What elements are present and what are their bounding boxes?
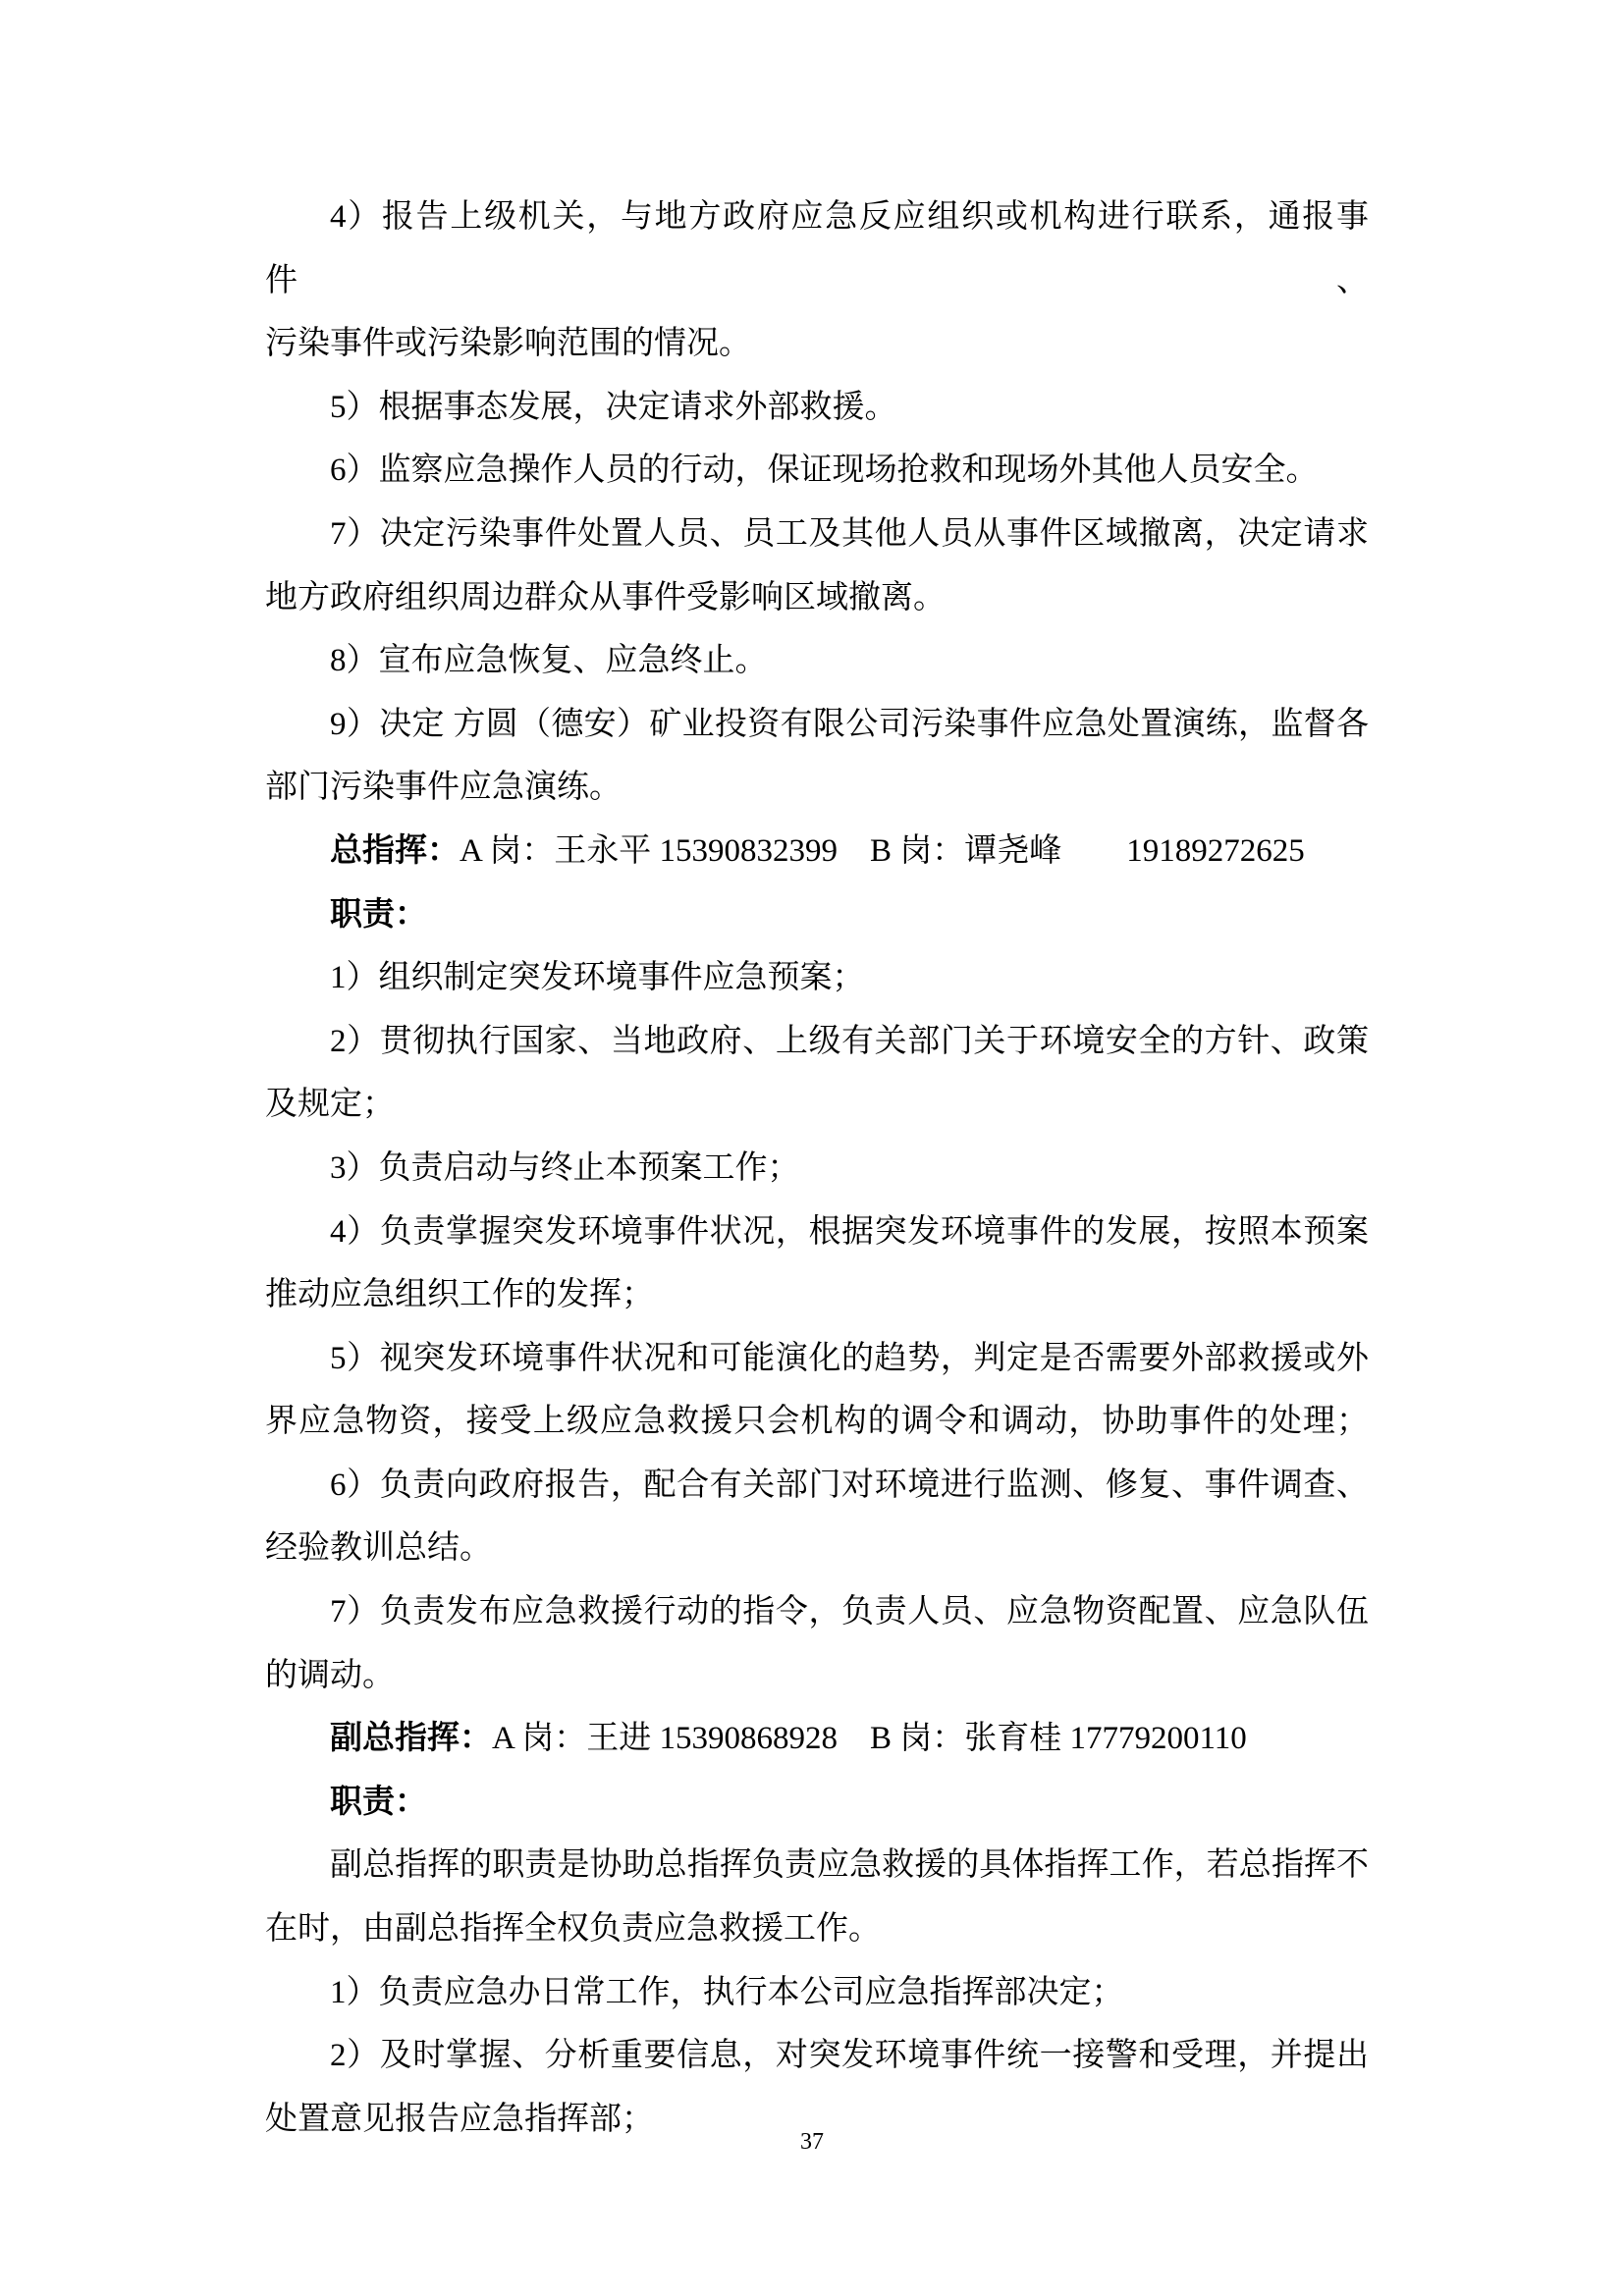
text-run: 界应急物资，接受上级应急救援只会机构的调令和调动，协助事件的处理；: [265, 1404, 1369, 1439]
text-run: 9）决定 方圆（德安）矿业投资有限公司污染事件应急处置演练，监督各: [330, 707, 1369, 742]
text-line: 7）决定污染事件处置人员、员工及其他人员从事件区域撤离，决定请求: [265, 503, 1369, 566]
text-run: 在时，由副总指挥全权负责应急救援工作。: [265, 1911, 881, 1947]
text-line: 推动应急组织工作的发挥；: [265, 1263, 1369, 1327]
document-page: 4）报告上级机关，与地方政府应急反应组织或机构进行联系，通报事件、污染事件或污染…: [0, 0, 1624, 2296]
text-line: 6）负责向政府报告，配合有关部门对环境进行监测、修复、事件调查、: [265, 1454, 1369, 1518]
text-line: 副总指挥：A 岗：王进 15390868928 B 岗：张育桂 17779200…: [265, 1707, 1369, 1771]
text-line: 4）报告上级机关，与地方政府应急反应组织或机构进行联系，通报事件、: [265, 186, 1369, 312]
text-line: 2）贯彻执行国家、当地政府、上级有关部门关于环境安全的方针、政策: [265, 1010, 1369, 1074]
bold-label: 副总指挥：: [330, 1721, 492, 1756]
text-line: 6）监察应急操作人员的行动，保证现场抢救和现场外其他人员安全。: [265, 439, 1369, 503]
text-line: 8）宣布应急恢复、应急终止。: [265, 629, 1369, 693]
bold-label: 职责：: [330, 1785, 427, 1820]
text-run: 4）负责掌握突发环境事件状况，根据突发环境事件的发展，按照本预案: [330, 1214, 1369, 1250]
text-line: 污染事件或污染影响范围的情况。: [265, 312, 1369, 376]
text-run: 7）决定污染事件处置人员、员工及其他人员从事件区域撤离，决定请求: [330, 516, 1369, 552]
text-line: 5）视突发环境事件状况和可能演化的趋势，判定是否需要外部救援或外: [265, 1327, 1369, 1391]
text-line: 的调动。: [265, 1644, 1369, 1708]
text-run: 6）负责向政府报告，配合有关部门对环境进行监测、修复、事件调查、: [330, 1468, 1369, 1503]
text-line: 9）决定 方圆（德安）矿业投资有限公司污染事件应急处置演练，监督各: [265, 693, 1369, 757]
text-run: A 岗：王进 15390868928 B 岗：张育桂 17779200110: [492, 1721, 1247, 1756]
text-run: 的调动。: [265, 1658, 395, 1693]
text-run: 3）负责启动与终止本预案工作；: [330, 1150, 800, 1186]
document-body: 4）报告上级机关，与地方政府应急反应组织或机构进行联系，通报事件、污染事件或污染…: [265, 186, 1369, 2151]
text-line: 4）负责掌握突发环境事件状况，根据突发环境事件的发展，按照本预案: [265, 1201, 1369, 1264]
text-run: 副总指挥的职责是协助总指挥负责应急救援的具体指挥工作，若总指挥不: [330, 1847, 1369, 1883]
text-line: 1）负责应急办日常工作，执行本公司应急指挥部决定；: [265, 1961, 1369, 2025]
text-line: 2）及时掌握、分析重要信息，对突发环境事件统一接警和受理，并提出: [265, 2024, 1369, 2088]
text-run: 4）报告上级机关，与地方政府应急反应组织或机构进行联系，通报事件、: [265, 199, 1369, 298]
text-line: 职责：: [265, 883, 1369, 947]
text-run: 1）负责应急办日常工作，执行本公司应急指挥部决定；: [330, 1975, 1124, 2010]
text-run: 部门污染事件应急演练。: [265, 770, 622, 805]
text-run: 5）根据事态发展，决定请求外部救援。: [330, 390, 897, 425]
page-footer: 37: [0, 2128, 1624, 2156]
text-run: 地方政府组织周边群众从事件受影响区域撤离。: [265, 580, 946, 615]
text-run: 经验教训总结。: [265, 1530, 492, 1566]
text-line: 5）根据事态发展，决定请求外部救援。: [265, 376, 1369, 440]
text-line: 副总指挥的职责是协助总指挥负责应急救援的具体指挥工作，若总指挥不: [265, 1834, 1369, 1897]
text-line: 界应急物资，接受上级应急救援只会机构的调令和调动，协助事件的处理；: [265, 1390, 1369, 1454]
text-line: 在时，由副总指挥全权负责应急救援工作。: [265, 1897, 1369, 1961]
text-line: 部门污染事件应急演练。: [265, 756, 1369, 820]
text-line: 职责：: [265, 1771, 1369, 1835]
text-line: 7）负责发布应急救援行动的指令，负责人员、应急物资配置、应急队伍: [265, 1580, 1369, 1644]
bold-label: 职责：: [330, 897, 427, 933]
text-run: A 岗：王永平 15390832399 B 岗：谭尧峰 19189272625: [460, 833, 1305, 869]
text-line: 总指挥：A 岗：王永平 15390832399 B 岗：谭尧峰 19189272…: [265, 820, 1369, 883]
text-run: 7）负责发布应急救援行动的指令，负责人员、应急物资配置、应急队伍: [330, 1594, 1369, 1629]
text-run: 及规定；: [265, 1087, 395, 1122]
text-run: 5）视突发环境事件状况和可能演化的趋势，判定是否需要外部救援或外: [330, 1341, 1369, 1376]
text-line: 及规定；: [265, 1073, 1369, 1137]
text-run: 6）监察应急操作人员的行动，保证现场抢救和现场外其他人员安全。: [330, 453, 1319, 488]
text-line: 经验教训总结。: [265, 1517, 1369, 1580]
text-run: 8）宣布应急恢复、应急终止。: [330, 643, 768, 678]
text-run: 2）及时掌握、分析重要信息，对突发环境事件统一接警和受理，并提出: [330, 2038, 1369, 2073]
text-line: 3）负责启动与终止本预案工作；: [265, 1137, 1369, 1201]
text-run: 推动应急组织工作的发挥；: [265, 1277, 654, 1312]
bold-label: 总指挥：: [330, 833, 460, 869]
text-run: 1）组织制定突发环境事件应急预案；: [330, 960, 865, 995]
text-run: 2）贯彻执行国家、当地政府、上级有关部门关于环境安全的方针、政策: [330, 1024, 1369, 1059]
text-run: 污染事件或污染影响范围的情况。: [265, 326, 751, 361]
text-line: 地方政府组织周边群众从事件受影响区域撤离。: [265, 566, 1369, 630]
text-line: 1）组织制定突发环境事件应急预案；: [265, 946, 1369, 1010]
page-number: 37: [800, 2129, 824, 2155]
